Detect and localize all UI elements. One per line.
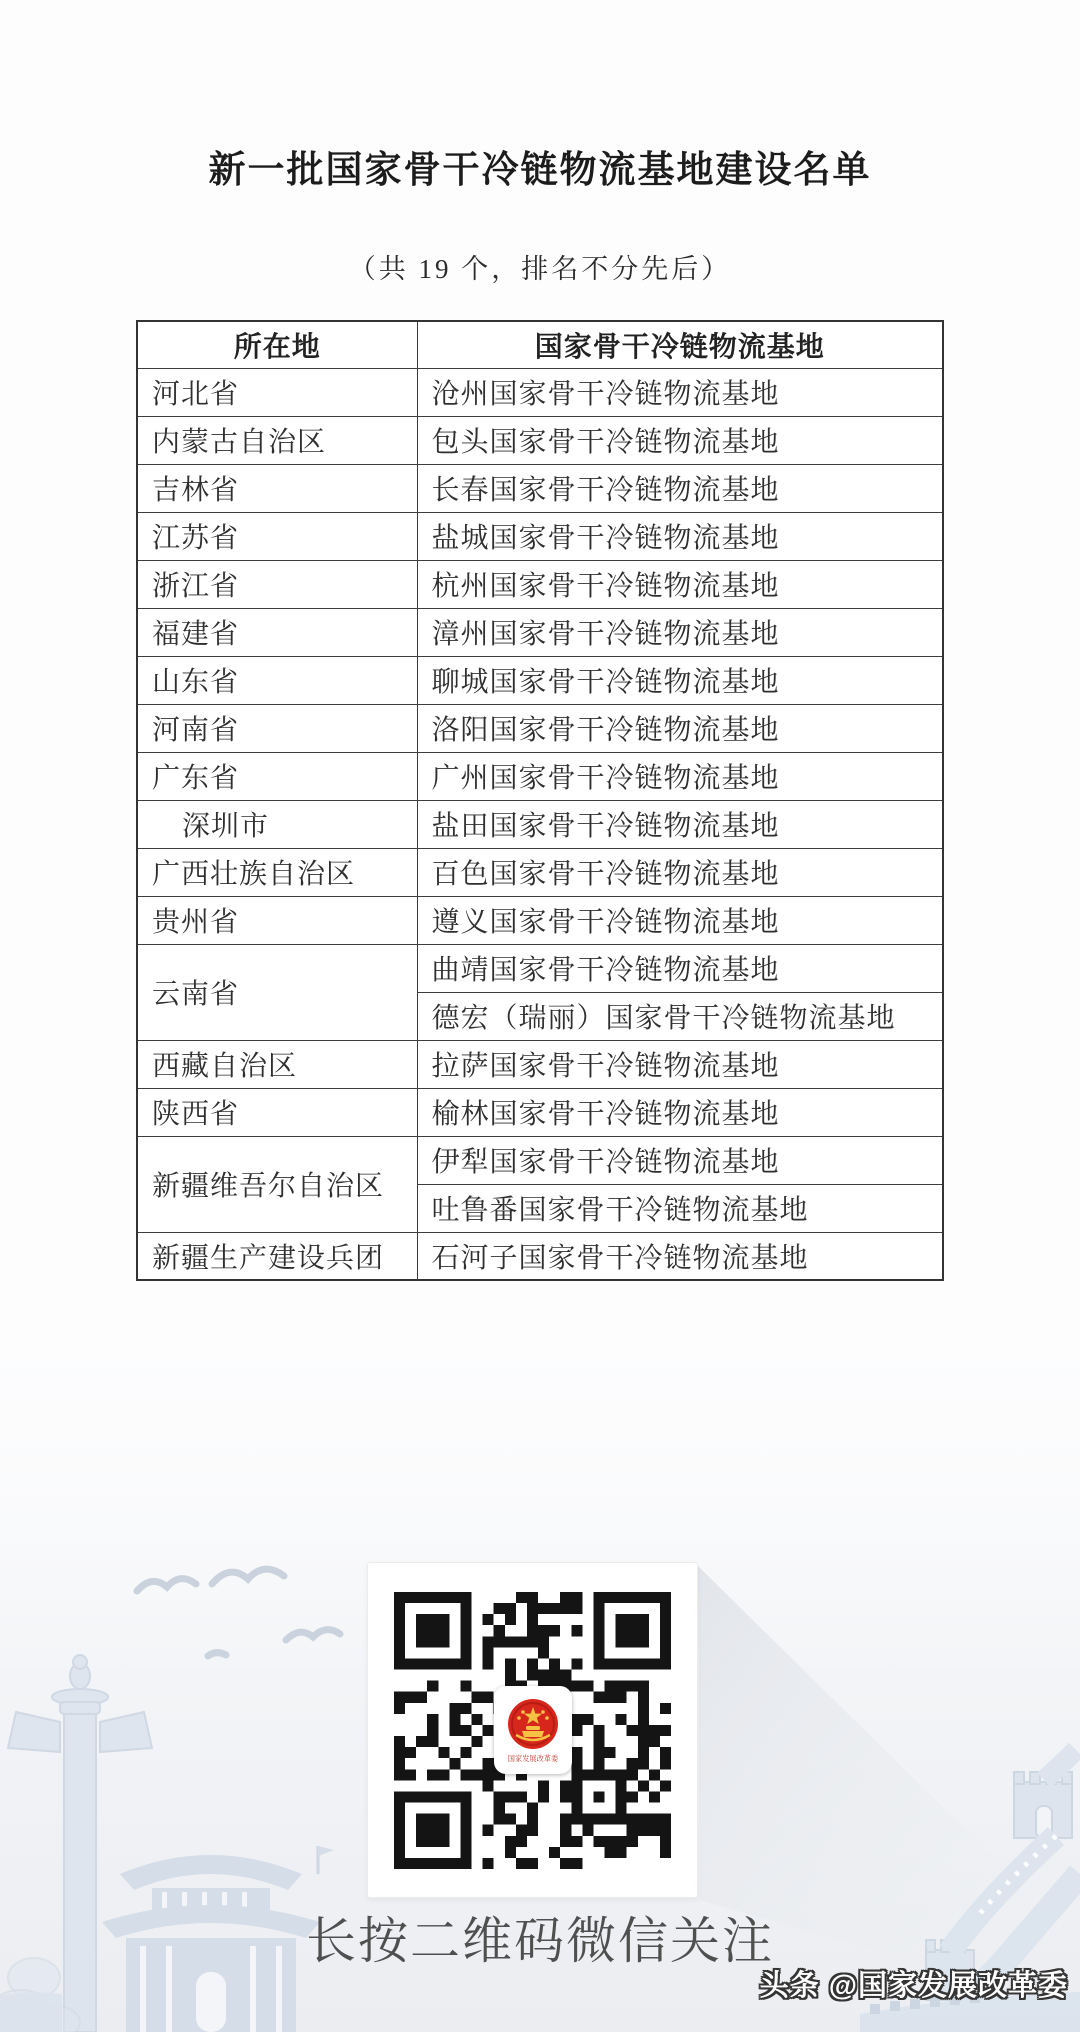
base-cell: 拉萨国家骨干冷链物流基地 <box>417 1040 943 1088</box>
region-cell: 山东省 <box>137 656 417 704</box>
page-subtitle: （共 19 个，排名不分先后） <box>0 247 1080 286</box>
base-cell: 广州国家骨干冷链物流基地 <box>417 752 943 800</box>
base-cell: 伊犁国家骨干冷链物流基地 <box>417 1136 943 1184</box>
table-row: 浙江省杭州国家骨干冷链物流基地 <box>137 560 943 608</box>
column-header: 国家骨干冷链物流基地 <box>417 321 943 368</box>
table-row: 深圳市盐田国家骨干冷链物流基地 <box>137 800 943 848</box>
region-cell: 浙江省 <box>137 560 417 608</box>
national-emblem-icon <box>506 1697 560 1751</box>
region-cell: 陕西省 <box>137 1088 417 1136</box>
region-cell: 贵州省 <box>137 896 417 944</box>
base-cell: 杭州国家骨干冷链物流基地 <box>417 560 943 608</box>
base-cell: 百色国家骨干冷链物流基地 <box>417 848 943 896</box>
region-cell: 广西壮族自治区 <box>137 848 417 896</box>
table-row: 广西壮族自治区百色国家骨干冷链物流基地 <box>137 848 943 896</box>
base-cell: 包头国家骨干冷链物流基地 <box>417 416 943 464</box>
base-cell: 长春国家骨干冷链物流基地 <box>417 464 943 512</box>
qr-badge-label: 国家发展改革委 <box>507 1753 557 1763</box>
page-title: 新一批国家骨干冷链物流基地建设名单 <box>0 139 1080 193</box>
region-cell: 河北省 <box>137 368 417 416</box>
base-cell: 聊城国家骨干冷链物流基地 <box>417 656 943 704</box>
region-cell: 江苏省 <box>137 512 417 560</box>
table-row: 新疆维吾尔自治区伊犁国家骨干冷链物流基地 <box>137 1136 943 1184</box>
base-cell: 德宏（瑞丽）国家骨干冷链物流基地 <box>417 992 943 1040</box>
base-cell: 洛阳国家骨干冷链物流基地 <box>417 704 943 752</box>
table-header: 所在地国家骨干冷链物流基地 <box>137 321 943 368</box>
toutiao-watermark: 头条 @国家发展改革委 <box>760 1963 1068 2004</box>
table-row: 河南省洛阳国家骨干冷链物流基地 <box>137 704 943 752</box>
region-cell: 河南省 <box>137 704 417 752</box>
column-header: 所在地 <box>137 321 417 368</box>
base-cell: 盐田国家骨干冷链物流基地 <box>417 800 943 848</box>
table-row: 贵州省遵义国家骨干冷链物流基地 <box>137 896 943 944</box>
shared-notice-image: 新一批国家骨干冷链物流基地建设名单 （共 19 个，排名不分先后） 所在地国家骨… <box>0 0 1080 2032</box>
base-cell: 遵义国家骨干冷链物流基地 <box>417 896 943 944</box>
region-cell: 吉林省 <box>137 464 417 512</box>
region-cell: 内蒙古自治区 <box>137 416 417 464</box>
base-cell: 曲靖国家骨干冷链物流基地 <box>417 944 943 992</box>
base-cell: 沧州国家骨干冷链物流基地 <box>417 368 943 416</box>
region-cell: 新疆维吾尔自治区 <box>137 1136 417 1232</box>
table-row: 云南省曲靖国家骨干冷链物流基地 <box>137 944 943 992</box>
table-row: 河北省沧州国家骨干冷链物流基地 <box>137 368 943 416</box>
table-header-row: 所在地国家骨干冷链物流基地 <box>137 321 943 368</box>
table-row: 江苏省盐城国家骨干冷链物流基地 <box>137 512 943 560</box>
wechat-qr-card[interactable]: 国家发展改革委 <box>367 1562 698 1898</box>
cold-chain-base-table: 所在地国家骨干冷链物流基地 河北省沧州国家骨干冷链物流基地内蒙古自治区包头国家骨… <box>136 320 944 1281</box>
table-row: 山东省聊城国家骨干冷链物流基地 <box>137 656 943 704</box>
seagull-icons <box>137 1569 340 1656</box>
base-cell: 漳州国家骨干冷链物流基地 <box>417 608 943 656</box>
huabiao-column <box>0 1655 152 2032</box>
region-cell: 福建省 <box>137 608 417 656</box>
base-cell: 盐城国家骨干冷链物流基地 <box>417 512 943 560</box>
base-cell: 吐鲁番国家骨干冷链物流基地 <box>417 1184 943 1232</box>
table-row: 内蒙古自治区包头国家骨干冷链物流基地 <box>137 416 943 464</box>
table-row: 西藏自治区拉萨国家骨干冷链物流基地 <box>137 1040 943 1088</box>
table-row: 吉林省长春国家骨干冷链物流基地 <box>137 464 943 512</box>
region-cell: 云南省 <box>137 944 417 1040</box>
region-cell: 深圳市 <box>137 800 417 848</box>
qr-center-badge: 国家发展改革委 <box>494 1686 572 1774</box>
table-body: 河北省沧州国家骨干冷链物流基地内蒙古自治区包头国家骨干冷链物流基地吉林省长春国家… <box>137 368 943 1280</box>
region-cell: 广东省 <box>137 752 417 800</box>
table-row: 福建省漳州国家骨干冷链物流基地 <box>137 608 943 656</box>
base-cell: 榆林国家骨干冷链物流基地 <box>417 1088 943 1136</box>
table-row: 广东省广州国家骨干冷链物流基地 <box>137 752 943 800</box>
table-row: 陕西省榆林国家骨干冷链物流基地 <box>137 1088 943 1136</box>
base-cell: 石河子国家骨干冷链物流基地 <box>417 1232 943 1280</box>
table-row: 新疆生产建设兵团石河子国家骨干冷链物流基地 <box>137 1232 943 1280</box>
region-cell: 西藏自治区 <box>137 1040 417 1088</box>
region-cell: 新疆生产建设兵团 <box>137 1232 417 1280</box>
